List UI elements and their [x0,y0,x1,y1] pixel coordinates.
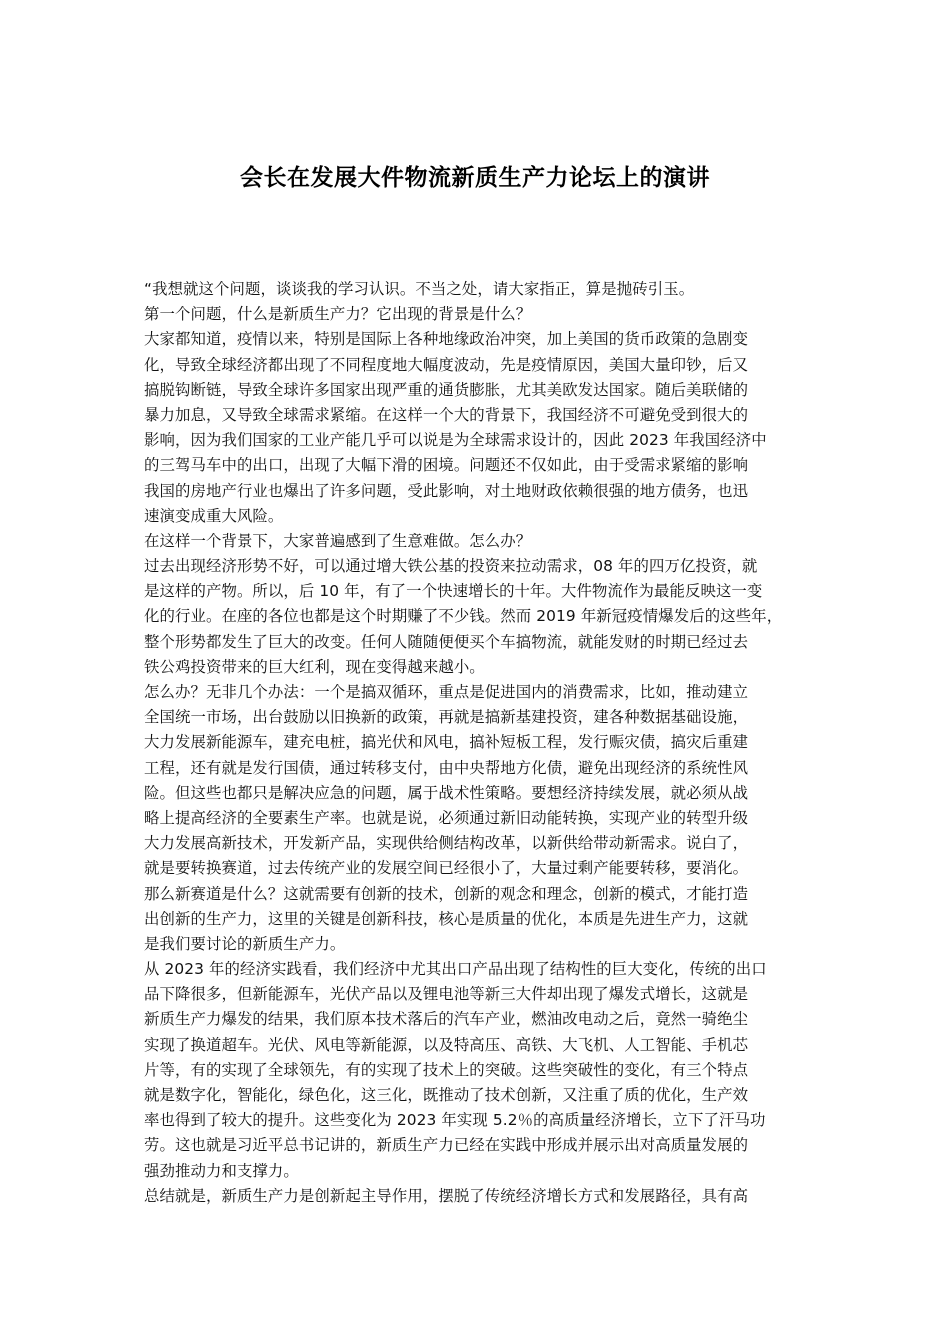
body-line: 实现了换道超车。光伏、风电等新能源，以及特高压、高铁、大飞机、人工智能、手机芯 [144,1033,844,1058]
body-line: 率也得到了较大的提升。这些变化为 2023 年实现 5.2％的高质量经济增长，立… [144,1108,844,1133]
body-line: 大家都知道，疫情以来，特别是国际上各种地缘政治冲突，加上美国的货币政策的急剧变 [144,327,844,352]
body-line: 第一个问题，什么是新质生产力？它出现的背景是什么？ [144,302,844,327]
body-line: 速演变成重大风险。 [144,504,844,529]
body-line: “我想就这个问题，谈谈我的学习认识。不当之处，请大家指正，算是抛砖引玉。 [144,277,844,302]
body-line: 就是数字化，智能化，绿色化，这三化，既推动了技术创新，又注重了质的优化，生产效 [144,1083,844,1108]
body-line: 全国统一市场，出台鼓励以旧换新的政策，再就是搞新基建投资，建各种数据基础设施， [144,705,844,730]
body-line: 工程，还有就是发行国债，通过转移支付，由中央帮地方化债，避免出现经济的系统性风 [144,756,844,781]
body-line: 影响，因为我们国家的工业产能几乎可以说是为全球需求设计的，因此 2023 年我国… [144,428,844,453]
body-line: 暴力加息，又导致全球需求紧缩。在这样一个大的背景下，我国经济不可避免受到很大的 [144,403,844,428]
body-line: 怎么办？无非几个办法：一个是搞双循环，重点是促进国内的消费需求，比如，推动建立 [144,680,844,705]
document-title: 会长在发展大件物流新质生产力论坛上的演讲 [0,160,950,196]
body-line: 化的行业。在座的各位也都是这个时期赚了不少钱。然而 2019 年新冠疫情爆发后的… [144,604,844,629]
body-line: 是这样的产物。所以，后 10 年，有了一个快速增长的十年。大件物流作为最能反映这… [144,579,844,604]
body-line: 是我们要讨论的新质生产力。 [144,932,844,957]
body-line: 新质生产力爆发的结果，我们原本技术落后的汽车产业，燃油改电动之后，竟然一骑绝尘 [144,1007,844,1032]
body-line: 在这样一个背景下，大家普遍感到了生意难做。怎么办？ [144,529,844,554]
body-line: 品下降很多，但新能源车，光伏产品以及锂电池等新三大件却出现了爆发式增长，这就是 [144,982,844,1007]
body-line: 略上提高经济的全要素生产率。也就是说，必须通过新旧动能转换，实现产业的转型升级 [144,806,844,831]
body-line: 过去出现经济形势不好，可以通过增大铁公基的投资来拉动需求，08 年的四万亿投资，… [144,554,844,579]
document-page: 会长在发展大件物流新质生产力论坛上的演讲 “我想就这个问题，谈谈我的学习认识。不… [0,0,950,1344]
document-body: “我想就这个问题，谈谈我的学习认识。不当之处，请大家指正，算是抛砖引玉。 第一个… [144,277,844,1209]
body-line: 强劲推动力和支撑力。 [144,1159,844,1184]
body-line: 大力发展新能源车，建充电桩，搞光伏和风电，搞补短板工程，发行赈灾债，搞灾后重建 [144,730,844,755]
body-line: 总结就是，新质生产力是创新起主导作用，摆脱了传统经济增长方式和发展路径，具有高 [144,1184,844,1209]
body-line: 搞脱钩断链，导致全球许多国家出现严重的通货膨胀，尤其美欧发达国家。随后美联储的 [144,378,844,403]
body-line: 大力发展高新技术，开发新产品，实现供给侧结构改革，以新供给带动新需求。说白了， [144,831,844,856]
body-line: 片等，有的实现了全球领先，有的实现了技术上的突破。这些突破性的变化，有三个特点 [144,1058,844,1083]
body-line: 那么新赛道是什么？这就需要有创新的技术，创新的观念和理念，创新的模式，才能打造 [144,882,844,907]
body-line: 整个形势都发生了巨大的改变。任何人随随便便买个车搞物流，就能发财的时期已经过去 [144,630,844,655]
body-line: 险。但这些也都只是解决应急的问题，属于战术性策略。要想经济持续发展，就必须从战 [144,781,844,806]
body-line: 化，导致全球经济都出现了不同程度地大幅度波动，先是疫情原因，美国大量印钞，后又 [144,353,844,378]
body-line: 从 2023 年的经济实践看，我们经济中尤其出口产品出现了结构性的巨大变化，传统… [144,957,844,982]
body-line: 出创新的生产力，这里的关键是创新科技，核心是质量的优化，本质是先进生产力，这就 [144,907,844,932]
body-line: 劳。这也就是习近平总书记讲的，新质生产力已经在实践中形成并展示出对高质量发展的 [144,1133,844,1158]
body-line: 铁公鸡投资带来的巨大红利，现在变得越来越小。 [144,655,844,680]
body-line: 就是要转换赛道，过去传统产业的发展空间已经很小了，大量过剩产能要转移，要消化。 [144,856,844,881]
body-line: 的三驾马车中的出口，出现了大幅下滑的困境。问题还不仅如此，由于受需求紧缩的影响 [144,453,844,478]
body-line: 我国的房地产行业也爆出了许多问题，受此影响，对土地财政依赖很强的地方债务，也迅 [144,479,844,504]
